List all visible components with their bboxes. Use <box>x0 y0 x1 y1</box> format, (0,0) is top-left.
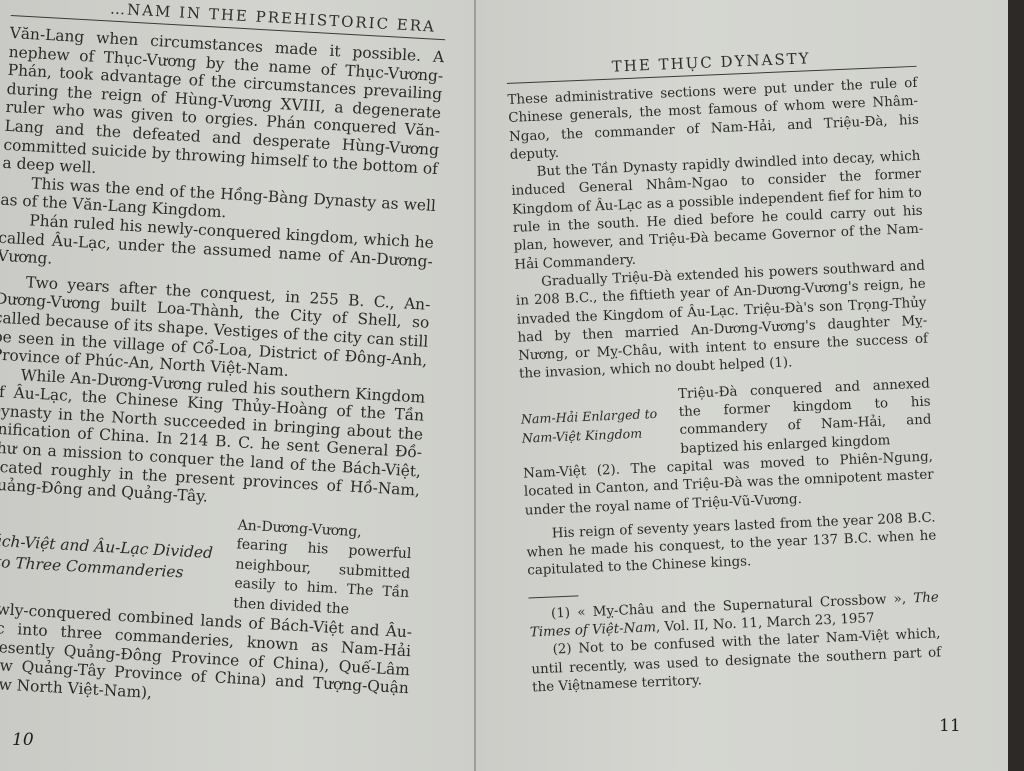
margin-heading: Nam-Hải Enlarged to Nam-Việt Kingdom <box>521 403 680 448</box>
sidenote-body: An-Dương-Vương, fearing his powerful nei… <box>233 516 413 623</box>
margin-heading: Bách-Việt and Âu-Lạc Divided into Three … <box>0 530 237 586</box>
sidenote-body: Triệu-Đà conquered and annexed the forme… <box>678 375 933 459</box>
right-page: THE THỤC DYNASTY These administrative se… <box>476 0 1010 771</box>
footnote-rule <box>528 595 578 598</box>
page-number-right: 11 <box>939 716 961 736</box>
paragraph: Văn-Lang when circumstances made it poss… <box>2 24 445 197</box>
page-number-left: 10 <box>12 730 34 750</box>
paragraph: While An-Dương-Vương ruled his southern … <box>0 364 426 518</box>
paragraph: His reign of seventy years lasted from t… <box>525 509 937 581</box>
paragraph: Gradually Triệu-Đà extended his powers s… <box>515 258 929 385</box>
left-page-text-block: …NAM IN THE PREHISTORIC ERA Văn-Lang whe… <box>0 0 446 717</box>
right-page-text-block: THE THỤC DYNASTY These administrative se… <box>506 45 942 698</box>
paragraph: But the Tần Dynasty rapidly dwindled int… <box>510 148 924 275</box>
open-book-spread: …NAM IN THE PREHISTORIC ERA Văn-Lang whe… <box>0 0 1024 771</box>
footnote-marker: (1) <box>551 606 571 622</box>
background-edge <box>1008 0 1024 771</box>
footnote-marker: (2) <box>552 642 572 658</box>
left-page: …NAM IN THE PREHISTORIC ERA Văn-Lang whe… <box>0 0 475 771</box>
